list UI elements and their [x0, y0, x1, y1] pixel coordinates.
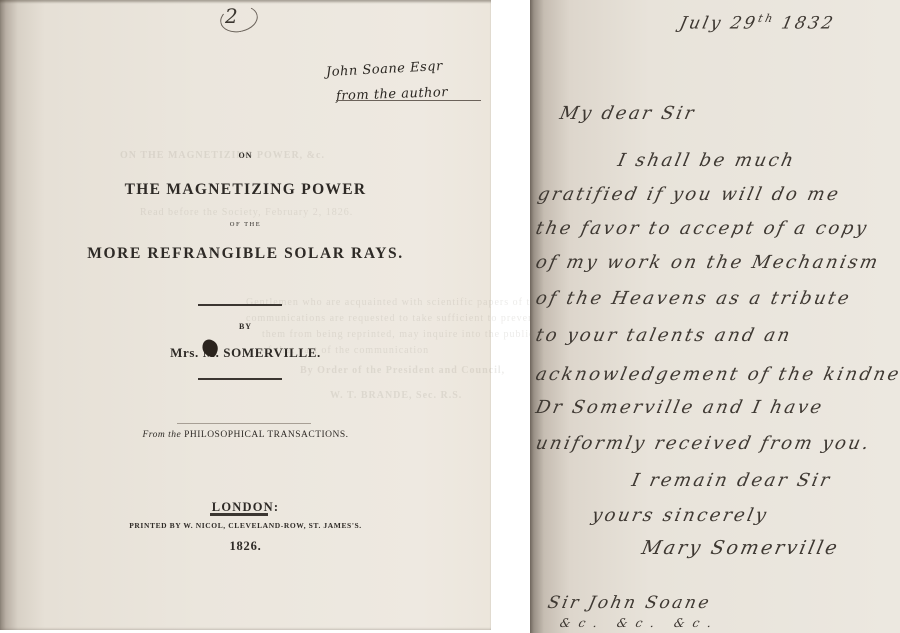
show-through-text: W. T. BRANDE, Sec. R.S.	[330, 390, 462, 401]
source-name: PHILOSOPHICAL TRANSACTIONS.	[184, 430, 348, 440]
title-page: ON THE MAGNETIZING POWER, &c. Read befor…	[0, 0, 491, 630]
title-on: ON	[0, 151, 491, 160]
date-suffix: th	[757, 12, 776, 25]
letter-line: of my work on the Mechanism	[534, 252, 882, 273]
author-name: Mrs. M. SOMERVILLE.	[0, 345, 491, 361]
letter-closing: yours sincerely	[590, 505, 771, 526]
imprint-year: 1826.	[0, 539, 491, 554]
divider-rule	[198, 378, 282, 380]
title-main: THE MAGNETIZING POWER	[0, 181, 491, 199]
title-of-the: OF THE	[0, 221, 491, 228]
letter-date: July 29th 1832	[678, 12, 838, 34]
source-prefix: From the	[142, 430, 181, 440]
show-through-text: Read before the Society, February 2, 182…	[140, 207, 353, 218]
date-day: July 29	[678, 14, 760, 34]
date-year: 1832	[779, 14, 837, 34]
letter-salutation: My dear Sir	[558, 103, 698, 124]
inscription-line-2: from the author	[336, 85, 448, 104]
letter-signature: Mary Somerville	[640, 537, 842, 559]
inscription-underline	[336, 100, 481, 101]
letter-line: acknowledgement of the kindness	[534, 364, 900, 385]
letter-line: gratified if you will do me	[536, 184, 843, 205]
page-number: 2	[225, 4, 238, 28]
inscription-line-1: John Soane Esqr	[326, 59, 443, 80]
show-through-text: By Order of the President and Council,	[300, 365, 505, 376]
letter-line: I shall be much	[616, 150, 798, 171]
by-label: BY	[0, 322, 491, 331]
letter-addressee-suffix: &c. &c. &c.	[559, 616, 721, 630]
letter-addressee: Sir John Soane	[546, 593, 713, 613]
imprint-printer: PRINTED BY W. NICOL, CLEVELAND-ROW, ST. …	[0, 521, 491, 530]
divider-rule-light	[177, 423, 311, 424]
title-subtitle: MORE REFRANGIBLE SOLAR RAYS.	[0, 245, 491, 263]
divider-rule	[198, 304, 282, 306]
imprint-rule	[210, 513, 268, 516]
letter-line: Dr Somerville and I have	[534, 397, 826, 418]
letter-line: the favor to accept of a copy	[534, 218, 871, 239]
source-line: From the PHILOSOPHICAL TRANSACTIONS.	[0, 430, 491, 440]
show-through-text: Gentlemen who are acquainted with scient…	[246, 297, 552, 308]
letter-line: of the Heavens as a tribute	[534, 288, 854, 309]
letter-line: uniformly received from you.	[534, 433, 873, 454]
letter-closing: I remain dear Sir	[630, 470, 834, 491]
letter-line: to your talents and an	[534, 325, 794, 346]
